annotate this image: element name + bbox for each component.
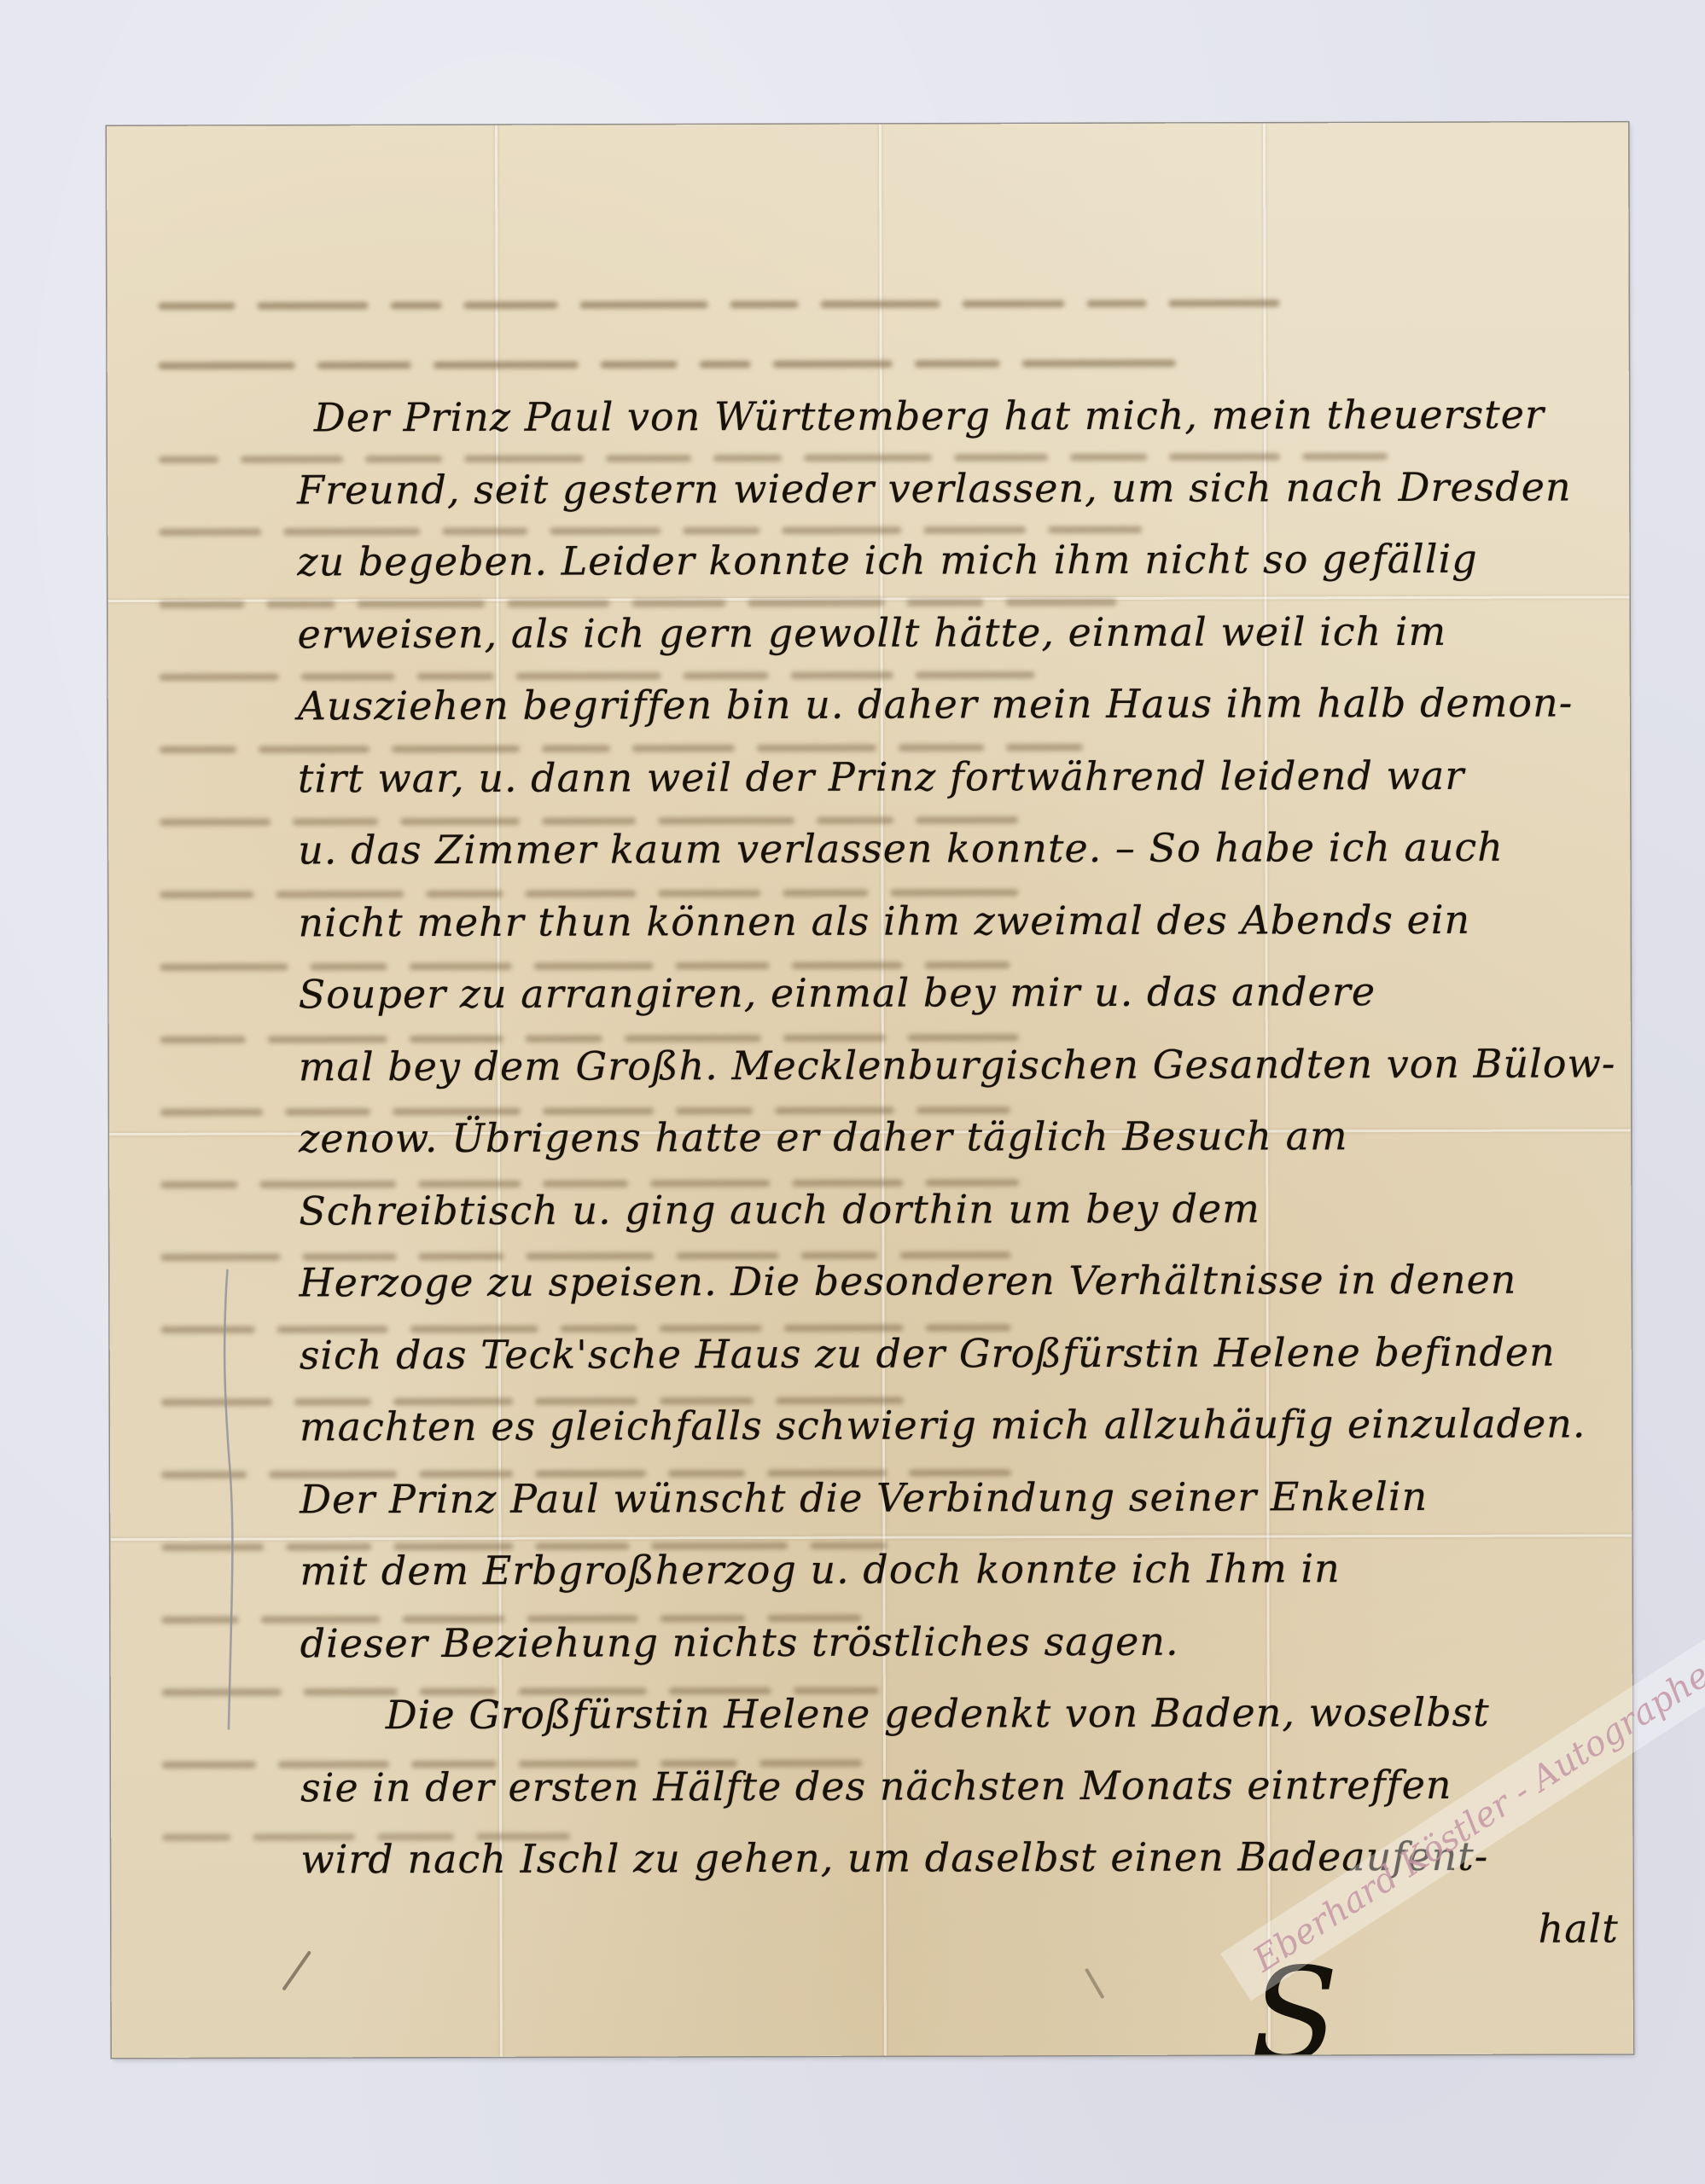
text-line: u. das Zimmer kaum verlassen konnte. – S… bbox=[298, 810, 1595, 886]
letter-sheet: Der Prinz Paul von Württemberg hat mich,… bbox=[107, 122, 1633, 2058]
text-line: dieser Beziehung nichts tröstliches sage… bbox=[300, 1604, 1597, 1679]
bleed-through-writing bbox=[159, 352, 1595, 375]
text-line: Ausziehen begriffen bin u. daher mein Ha… bbox=[298, 666, 1595, 741]
text-line: Der Prinz Paul wünscht die Verbindung se… bbox=[300, 1460, 1597, 1535]
text-line: mal bey dem Großh. Mecklenburgischen Ges… bbox=[299, 1027, 1596, 1102]
text-line: erweisen, als ich gern gewollt hätte, ei… bbox=[297, 595, 1594, 670]
text-line: Souper zu arrangiren, einmal bey mir u. … bbox=[299, 955, 1596, 1030]
bleed-through-writing bbox=[159, 293, 1595, 315]
text-line: sie in der ersten Hälfte des nächsten Mo… bbox=[300, 1748, 1597, 1823]
text-line: zu begeben. Leider konnte ich mich ihm n… bbox=[297, 522, 1594, 597]
text-line: mit dem Erbgroßherzog u. doch konnte ich… bbox=[300, 1531, 1597, 1606]
letter-body: Der Prinz Paul von Württemberg hat mich,… bbox=[297, 378, 1598, 1967]
text-line: Freund, seit gestern wieder verlassen, u… bbox=[297, 450, 1594, 526]
stray-ink-mark bbox=[1085, 1968, 1105, 2000]
text-line: tirt war, u. dann weil der Prinz fortwäh… bbox=[298, 739, 1595, 814]
text-line: Schreibtisch u. ging auch dorthin um bey… bbox=[299, 1171, 1596, 1246]
text-line: Der Prinz Paul von Württemberg hat mich,… bbox=[297, 378, 1594, 453]
text-line: machten es gleichfalls schwierig mich al… bbox=[300, 1387, 1597, 1462]
text-line: Herzoge zu speisen. Die besonderen Verhä… bbox=[299, 1243, 1596, 1318]
text-line: sich das Teck'sche Haus zu der Großfürst… bbox=[300, 1316, 1597, 1391]
text-line: halt bbox=[300, 1892, 1597, 1967]
text-line: nicht mehr thun können als ihm zweimal d… bbox=[298, 883, 1595, 958]
text-line: Die Großfürstin Helene gedenkt von Baden… bbox=[300, 1676, 1597, 1751]
pencil-margin-mark bbox=[221, 1269, 236, 1730]
text-line: zenow. Übrigens hatte er daher täglich B… bbox=[299, 1099, 1596, 1174]
